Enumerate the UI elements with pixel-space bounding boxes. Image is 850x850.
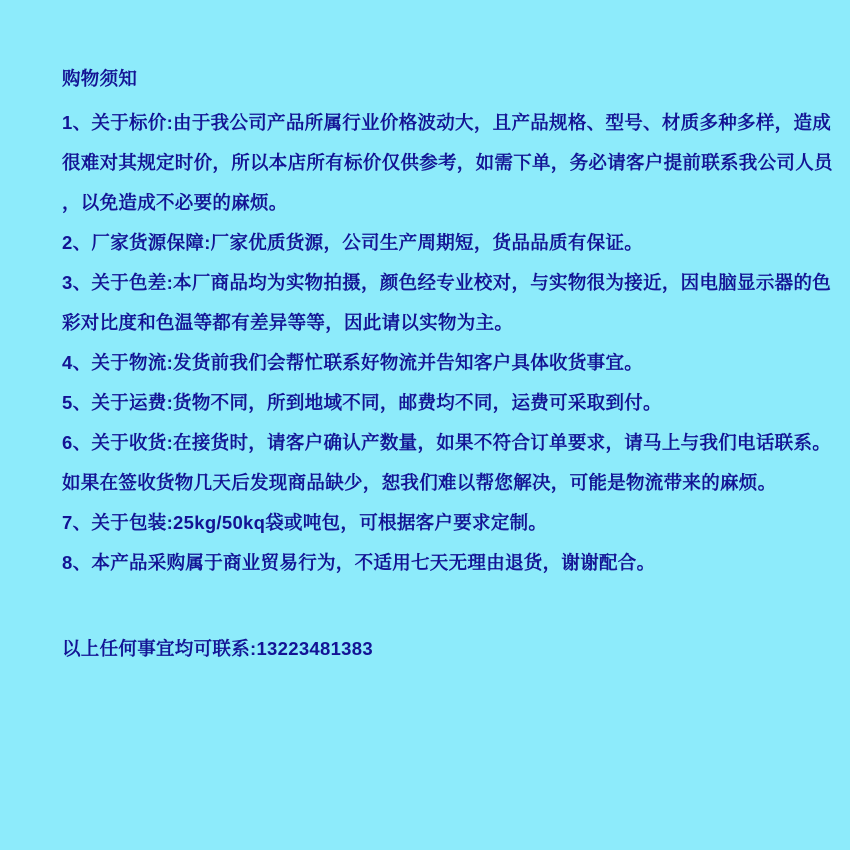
notice-line-pricing-2: 很难对其规定时价，所以本店所有标价仅供参考，如需下单，务必请客户提前联系我公司人… xyxy=(62,143,810,183)
notice-line-pricing-3: ，以免造成不必要的麻烦。 xyxy=(62,183,810,223)
notice-line-receiving-2: 如果在签收货物几天后发现商品缺少，恕我们难以帮您解决，可能是物流带来的麻烦。 xyxy=(62,463,810,503)
page-title: 购物须知 xyxy=(62,59,810,99)
contact-line: 以上任何事宜均可联系:13223481383 xyxy=(62,629,810,669)
notice-line-receiving-1: 6、关于收货:在接货时，请客户确认产数量，如果不符合订单要求，请马上与我们电话联… xyxy=(62,423,810,463)
notice-line-color-1: 3、关于色差:本厂商品均为实物拍摄，颜色经专业校对，与实物很为接近，因电脑显示器… xyxy=(62,263,810,303)
notice-content: 购物须知 1、关于标价:由于我公司产品所属行业价格波动大，且产品规格、型号、材质… xyxy=(62,59,810,669)
notice-line-pricing-1: 1、关于标价:由于我公司产品所属行业价格波动大，且产品规格、型号、材质多种多样，… xyxy=(62,103,810,143)
notice-line-shipping-fee: 5、关于运费:货物不同，所到地域不同，邮费均不同，运费可采取到付。 xyxy=(62,383,810,423)
notice-line-supply: 2、厂家货源保障:厂家优质货源，公司生产周期短，货品品质有保证。 xyxy=(62,223,810,263)
shopping-notice-page: 购物须知 1、关于标价:由于我公司产品所属行业价格波动大，且产品规格、型号、材质… xyxy=(0,0,850,850)
notice-line-color-2: 彩对比度和色温等都有差异等等，因此请以实物为主。 xyxy=(62,303,810,343)
notice-line-logistics: 4、关于物流:发货前我们会帮忙联系好物流并告知客户具体收货事宜。 xyxy=(62,343,810,383)
notice-line-returns: 8、本产品采购属于商业贸易行为，不适用七天无理由退货，谢谢配合。 xyxy=(62,543,810,583)
notice-line-packaging: 7、关于包装:25kg/50kq袋或吨包，可根据客户要求定制。 xyxy=(62,503,810,543)
